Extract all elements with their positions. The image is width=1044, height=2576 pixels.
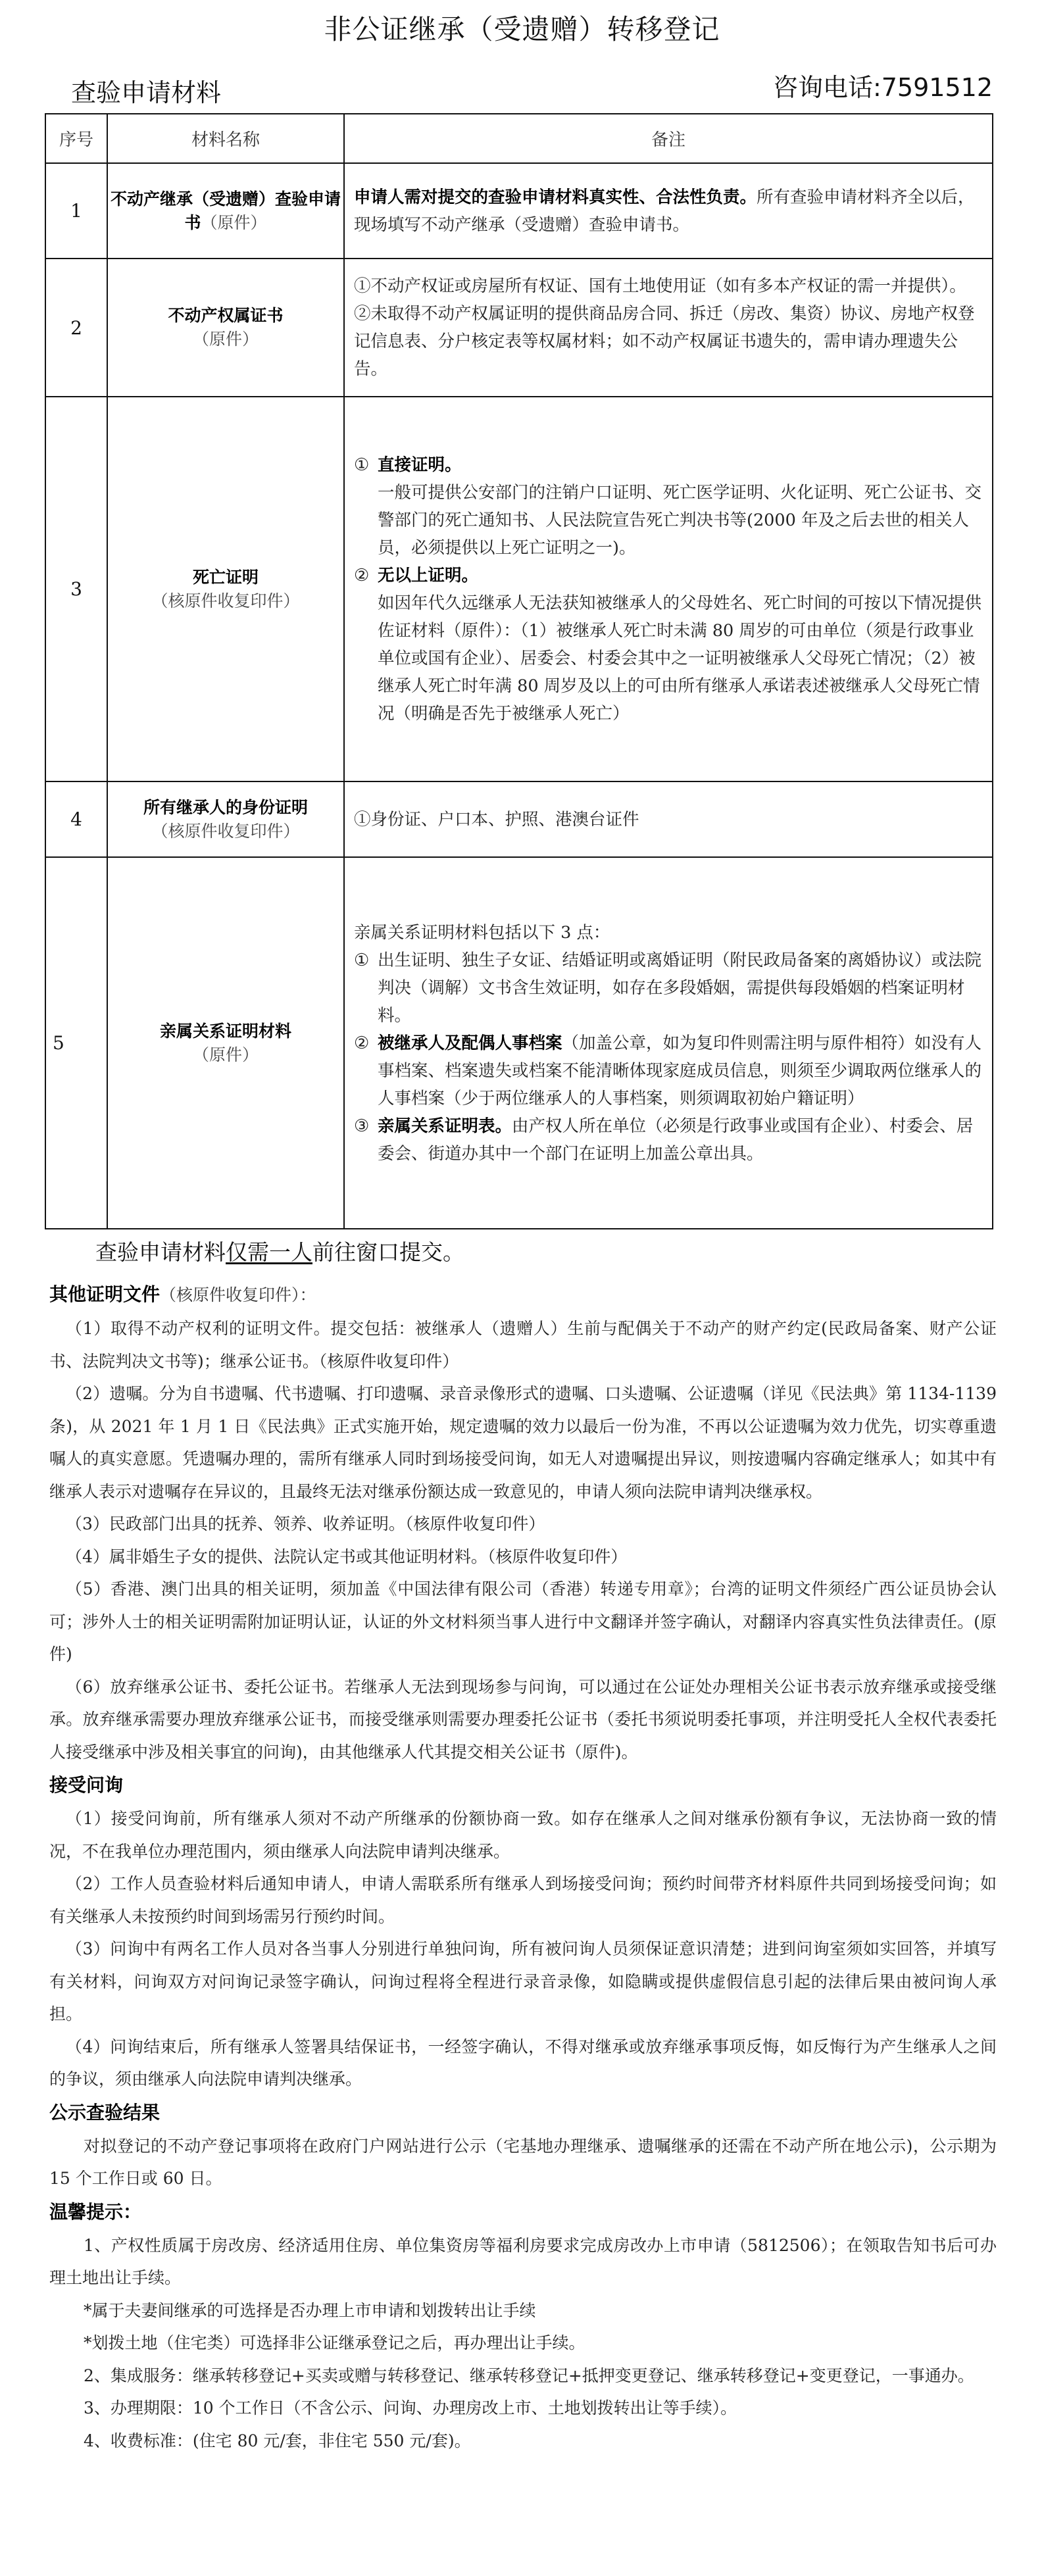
material-name: 不动产权属证书 — [108, 304, 343, 328]
other-docs-item: （4）属非婚生子女的提供、法院认定书或其他证明材料。（核原件收复印件） — [49, 1541, 997, 1573]
other-docs-item: （6）放弃继承公证书、委托公证书。若继承人无法到现场参与问询，可以通过在公证处办… — [49, 1671, 997, 1769]
row-name: 所有继承人的身份证明 （核原件收复印件） — [107, 781, 344, 857]
table-row: 3 死亡证明 （核原件收复印件） ① 直接证明。 一般可提供公安部门的注销户口证… — [45, 397, 993, 781]
row-no: 4 — [45, 781, 107, 857]
tips-item: *属于夫妻间继承的可选择是否办理上市申请和划拨转出让手续 — [49, 2294, 997, 2327]
row-no: 3 — [45, 397, 107, 781]
remark-heading: 被继承人及配偶人事档案 — [378, 1033, 562, 1053]
remark-text: 一般可提供公安部门的注销户口证明、死亡医学证明、火化证明、死亡公证书、交警部门的… — [378, 479, 983, 562]
remark-heading: 直接证明。 — [378, 451, 983, 479]
row-no: 1 — [45, 163, 107, 259]
tips-heading: 温馨提示： — [49, 2195, 997, 2229]
inquiry-item: （1）接受问询前，所有继承人须对不动产所继承的份额协商一致。如存在继承人之间对继… — [49, 1802, 997, 1868]
material-name: 亲属关系证明材料 — [108, 1020, 343, 1043]
other-docs-item: （1）取得不动产权利的证明文件。提交包括：被继承人（遗赠人）生前与配偶关于不动产… — [49, 1312, 997, 1377]
inquiry-heading: 接受问询 — [49, 1768, 997, 1802]
inquiry-item: （2）工作人员查验材料后通知申请人，申请人需联系所有继承人到场接受问询；预约时间… — [49, 1868, 997, 1933]
row-remark: 亲属关系证明材料包括以下 3 点： ① 出生证明、独生子女证、结婚证明或离婚证明… — [344, 857, 993, 1229]
material-name: 死亡证明 — [108, 566, 343, 589]
row-no: 5 — [45, 857, 107, 1229]
remark-heading: 亲属关系证明表。 — [378, 1116, 512, 1136]
submit-note: 查验申请材料仅需一人前往窗口提交。 — [95, 1235, 464, 1266]
section-title: 查验申请材料 — [71, 72, 221, 109]
submit-note-before: 查验申请材料 — [95, 1239, 226, 1265]
circled-number-3-icon: ③ — [354, 1112, 378, 1168]
row-name: 亲属关系证明材料 （原件） — [107, 857, 344, 1229]
table-row: 5 亲属关系证明材料 （原件） 亲属关系证明材料包括以下 3 点： ① 出生证明… — [45, 857, 993, 1229]
remark-text: 如因年代久远继承人无法获知被继承人的父母姓名、死亡时间的可按以下情况提供佐证材料… — [378, 589, 983, 728]
other-docs-item: （2）遗嘱。分为自书遗嘱、代书遗嘱、打印遗嘱、录音录像形式的遗嘱、口头遗嘱、公证… — [49, 1377, 997, 1508]
table-row: 2 不动产权属证书 （原件） ①不动产权证或房屋所有权证、国有土地使用证（如有多… — [45, 259, 993, 397]
material-note: （核原件收复印件） — [108, 820, 343, 843]
remark-heading: 无以上证明。 — [378, 562, 983, 589]
remark-item: ①不动产权证或房屋所有权证、国有土地使用证（如有多本产权证的需一并提供）。 — [354, 272, 983, 300]
remark-item: ① 直接证明。 一般可提供公安部门的注销户口证明、死亡医学证明、火化证明、死亡公… — [354, 451, 983, 562]
other-docs-heading-note: （核原件收复印件）： — [160, 1285, 316, 1304]
col-header-name: 材料名称 — [107, 114, 344, 163]
row-remark: ① 直接证明。 一般可提供公安部门的注销户口证明、死亡医学证明、火化证明、死亡公… — [344, 397, 993, 781]
materials-table: 序号 材料名称 备注 1 不动产继承（受遗赠）查验申请书（原件） 申请人需对提交… — [45, 113, 993, 1229]
tips-item: 1、产权性质属于房改房、经济适用住房、单位集资房等福利房要求完成房改办上市申请（… — [49, 2229, 997, 2294]
material-note: （原件） — [108, 1043, 343, 1067]
tips-item: 2、集成服务：继承转移登记+买卖或赠与转移登记、继承转移登记+抵押变更登记、继承… — [49, 2360, 997, 2392]
inquiry-item: （4）问询结束后，所有继承人签署具结保证书，一经签字确认，不得对继承或放弃继承事… — [49, 2031, 997, 2096]
row-name: 不动产继承（受遗赠）查验申请书（原件） — [107, 163, 344, 259]
row-name: 不动产权属证书 （原件） — [107, 259, 344, 397]
tips-item: 4、收费标准：(住宅 80 元/套，非住宅 550 元/套)。 — [49, 2425, 997, 2458]
submit-note-emphasis: 仅需一人 — [226, 1239, 312, 1265]
row-no: 2 — [45, 259, 107, 397]
remark-item: ② 被继承人及配偶人事档案（加盖公章，如为复印件则需注明与原件相符）如没有人事档… — [354, 1029, 983, 1112]
circled-number-2-icon: ② — [354, 1029, 378, 1112]
table-row: 1 不动产继承（受遗赠）查验申请书（原件） 申请人需对提交的查验申请材料真实性、… — [45, 163, 993, 259]
remark-item: ① 出生证明、独生子女证、结婚证明或离婚证明（附民政局备案的离婚协议）或法院判决… — [354, 947, 983, 1029]
material-name: 所有继承人的身份证明 — [108, 796, 343, 820]
row-remark: 申请人需对提交的查验申请材料真实性、合法性负责。所有查验申请材料齐全以后，现场填… — [344, 163, 993, 259]
circled-number-1-icon: ① — [354, 947, 378, 1029]
other-docs-heading: 其他证明文件（核原件收复印件）： — [49, 1277, 997, 1312]
tips-item: *划拨土地（住宅类）可选择非公证继承登记之后，再办理出让手续。 — [49, 2327, 997, 2360]
material-note: （原件） — [108, 328, 343, 351]
table-header-row: 序号 材料名称 备注 — [45, 114, 993, 163]
other-docs-item: （3）民政部门出具的抚养、领养、收养证明。（核原件收复印件） — [49, 1508, 997, 1541]
inquiry-item: （3）问询中有两名工作人员对各当事人分别进行单独问询，所有被问询人员须保证意识清… — [49, 1933, 997, 2031]
circled-number-2-icon: ② — [354, 562, 378, 728]
remark-bold: 申请人需对提交的查验申请材料真实性、合法性负责。 — [354, 187, 757, 207]
other-docs-item: （5）香港、澳门出具的相关证明，须加盖《中国法律有限公司（香港）转递专用章》；台… — [49, 1573, 997, 1671]
col-header-no: 序号 — [45, 114, 107, 163]
publicity-text: 对拟登记的不动产登记事项将在政府门户网站进行公示（宅基地办理继承、遗嘱继承的还需… — [49, 2130, 997, 2195]
remark-item: ③ 亲属关系证明表。由产权人所在单位（必须是行政事业或国有企业）、村委会、居委会… — [354, 1112, 983, 1168]
row-remark: ①不动产权证或房屋所有权证、国有土地使用证（如有多本产权证的需一并提供）。 ②未… — [344, 259, 993, 397]
remark-item: ②未取得不动产权属证明的提供商品房合同、拆迁（房改、集资）协议、房地产权登记信息… — [354, 300, 983, 383]
tips-item: 3、办理期限：10 个工作日（不含公示、问询、办理房改上市、土地划拨转出让等手续… — [49, 2392, 997, 2425]
row-remark: ①身份证、户口本、护照、港澳台证件 — [344, 781, 993, 857]
remark-item: ② 无以上证明。 如因年代久远继承人无法获知被继承人的父母姓名、死亡时间的可按以… — [354, 562, 983, 728]
publicity-heading: 公示查验结果 — [49, 2096, 997, 2130]
material-note: （核原件收复印件） — [108, 589, 343, 613]
body-sections: 其他证明文件（核原件收复印件）： （1）取得不动产权利的证明文件。提交包括：被继… — [49, 1277, 997, 2457]
page-title: 非公证继承（受遗赠）转移登记 — [0, 8, 1044, 47]
col-header-remark: 备注 — [344, 114, 993, 163]
row-name: 死亡证明 （核原件收复印件） — [107, 397, 344, 781]
table-row: 4 所有继承人的身份证明 （核原件收复印件） ①身份证、户口本、护照、港澳台证件 — [45, 781, 993, 857]
circled-number-1-icon: ① — [354, 451, 378, 562]
hotline: 咨询电话:7591512 — [773, 67, 993, 103]
other-docs-heading-text: 其他证明文件 — [49, 1283, 160, 1305]
material-note: （原件） — [201, 213, 267, 232]
submit-note-after: 前往窗口提交。 — [312, 1239, 464, 1265]
remark-intro: 亲属关系证明材料包括以下 3 点： — [354, 919, 983, 947]
remark-text: 出生证明、独生子女证、结婚证明或离婚证明（附民政局备案的离婚协议）或法院判决（调… — [378, 951, 982, 1026]
